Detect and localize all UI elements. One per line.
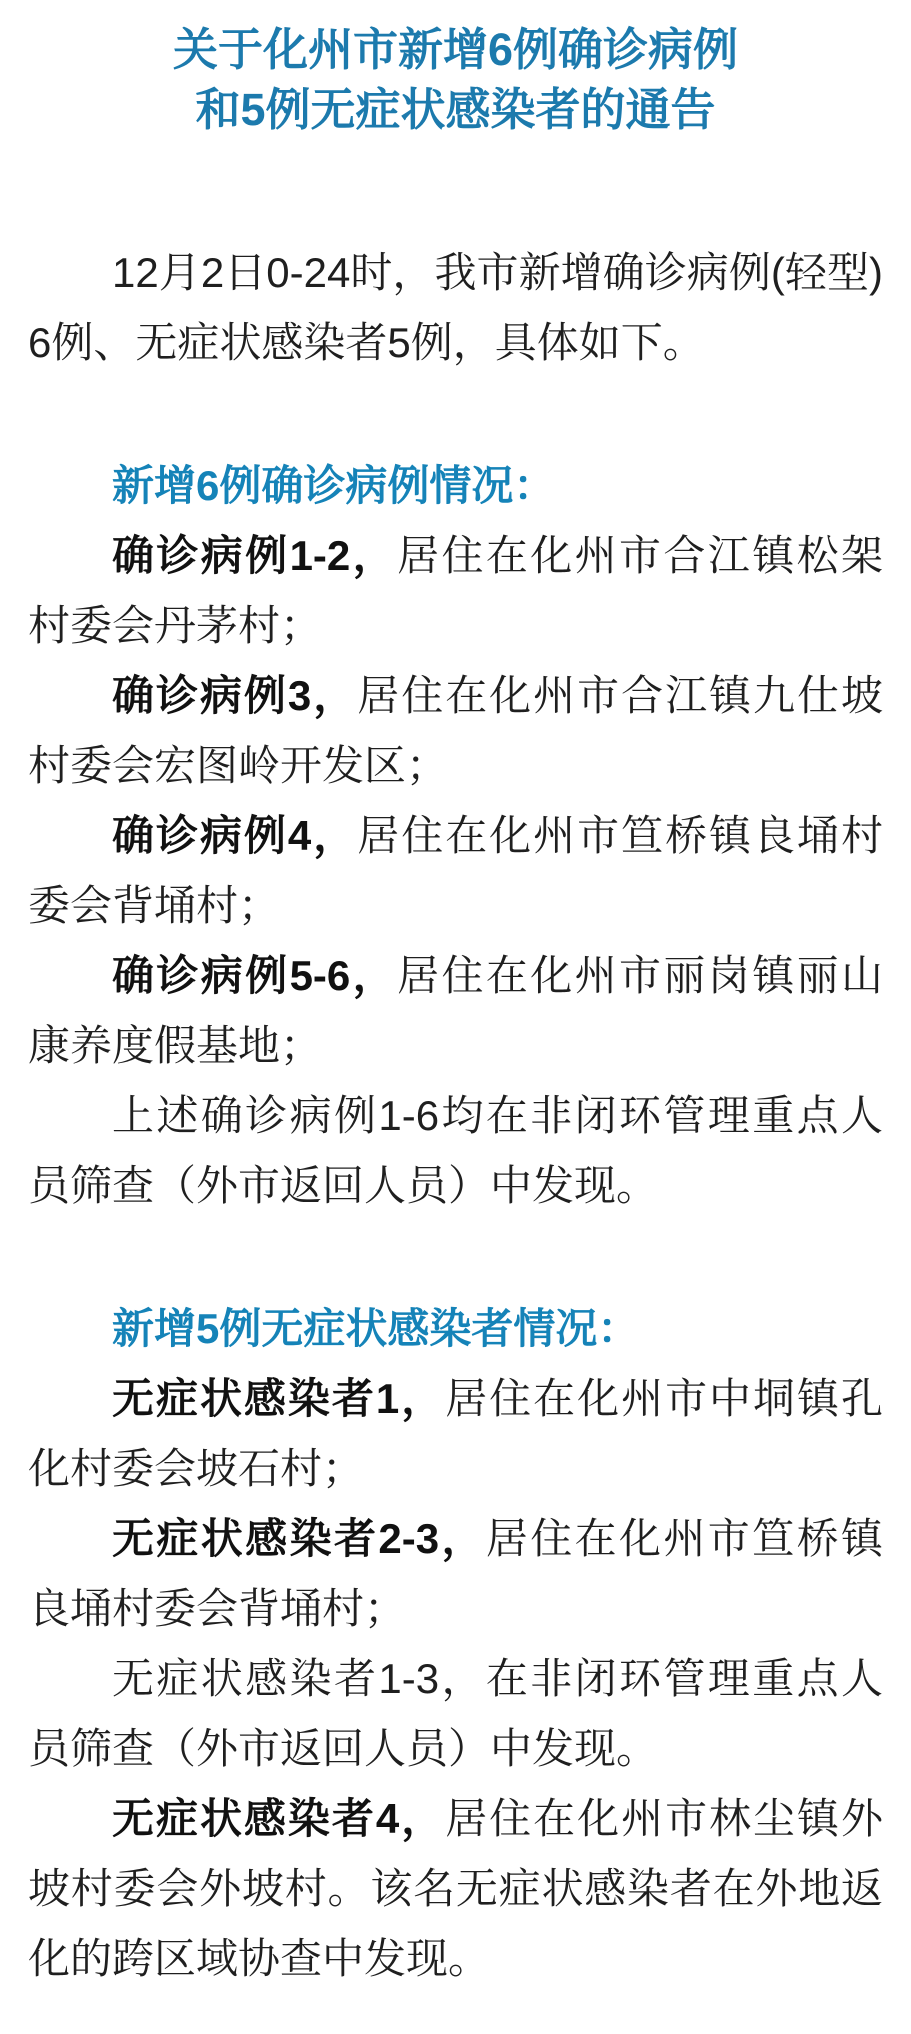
case-lead: 确诊病例4，	[112, 812, 357, 859]
intro-paragraph: 12月2日0-24时，我市新增确诊病例(轻型)6例、无症状感染者5例，具体如下。	[28, 238, 883, 378]
case-summary-paragraph: 无症状感染者1-3，在非闭环管理重点人员筛查（外市返回人员）中发现。	[28, 1644, 883, 1784]
case-paragraph: 无症状感染者4，居住在化州市林尘镇外坡村委会外坡村。该名无症状感染者在外地返化的…	[28, 1784, 883, 1994]
case-text: 无症状感染者1-3，在非闭环管理重点人员筛查（外市返回人员）中发现。	[28, 1655, 883, 1772]
case-lead: 确诊病例3，	[112, 672, 357, 719]
case-summary-paragraph: 上述确诊病例1-6均在非闭环管理重点人员筛查（外市返回人员）中发现。	[28, 1081, 883, 1221]
case-paragraph: 确诊病例5-6，居住在化州市丽岗镇丽山康养度假基地；	[28, 941, 883, 1081]
notice-title: 关于化州市新增6例确诊病例 和5例无症状感染者的通告	[28, 16, 883, 140]
case-text: 上述确诊病例1-6均在非闭环管理重点人员筛查（外市返回人员）中发现。	[28, 1092, 883, 1209]
case-paragraph: 确诊病例1-2，居住在化州市合江镇松架村委会丹茅村；	[28, 521, 883, 661]
notice-title-line-1: 关于化州市新增6例确诊病例	[28, 20, 883, 80]
case-paragraph: 无症状感染者1，居住在化州市中垌镇孔化村委会坡石村；	[28, 1364, 883, 1504]
case-lead: 无症状感染者4，	[112, 1795, 445, 1842]
case-paragraph: 无症状感染者2-3，居住在化州市笪桥镇良埇村委会背埇村；	[28, 1504, 883, 1644]
case-lead: 无症状感染者1，	[112, 1375, 445, 1422]
case-lead: 无症状感染者2-3，	[112, 1515, 486, 1562]
case-paragraph: 确诊病例3，居住在化州市合江镇九仕坡村委会宏图岭开发区；	[28, 661, 883, 801]
case-lead: 确诊病例1-2，	[112, 532, 397, 579]
asymptomatic-cases-heading: 新增5例无症状感染者情况：	[28, 1294, 883, 1364]
confirmed-cases-heading: 新增6例确诊病例情况：	[28, 451, 883, 521]
case-lead: 确诊病例5-6，	[112, 952, 397, 999]
case-paragraph: 确诊病例4，居住在化州市笪桥镇良埇村委会背埇村；	[28, 801, 883, 941]
notice-page: 关于化州市新增6例确诊病例 和5例无症状感染者的通告 12月2日0-24时，我市…	[0, 0, 911, 2034]
notice-title-line-2: 和5例无症状感染者的通告	[28, 80, 883, 140]
